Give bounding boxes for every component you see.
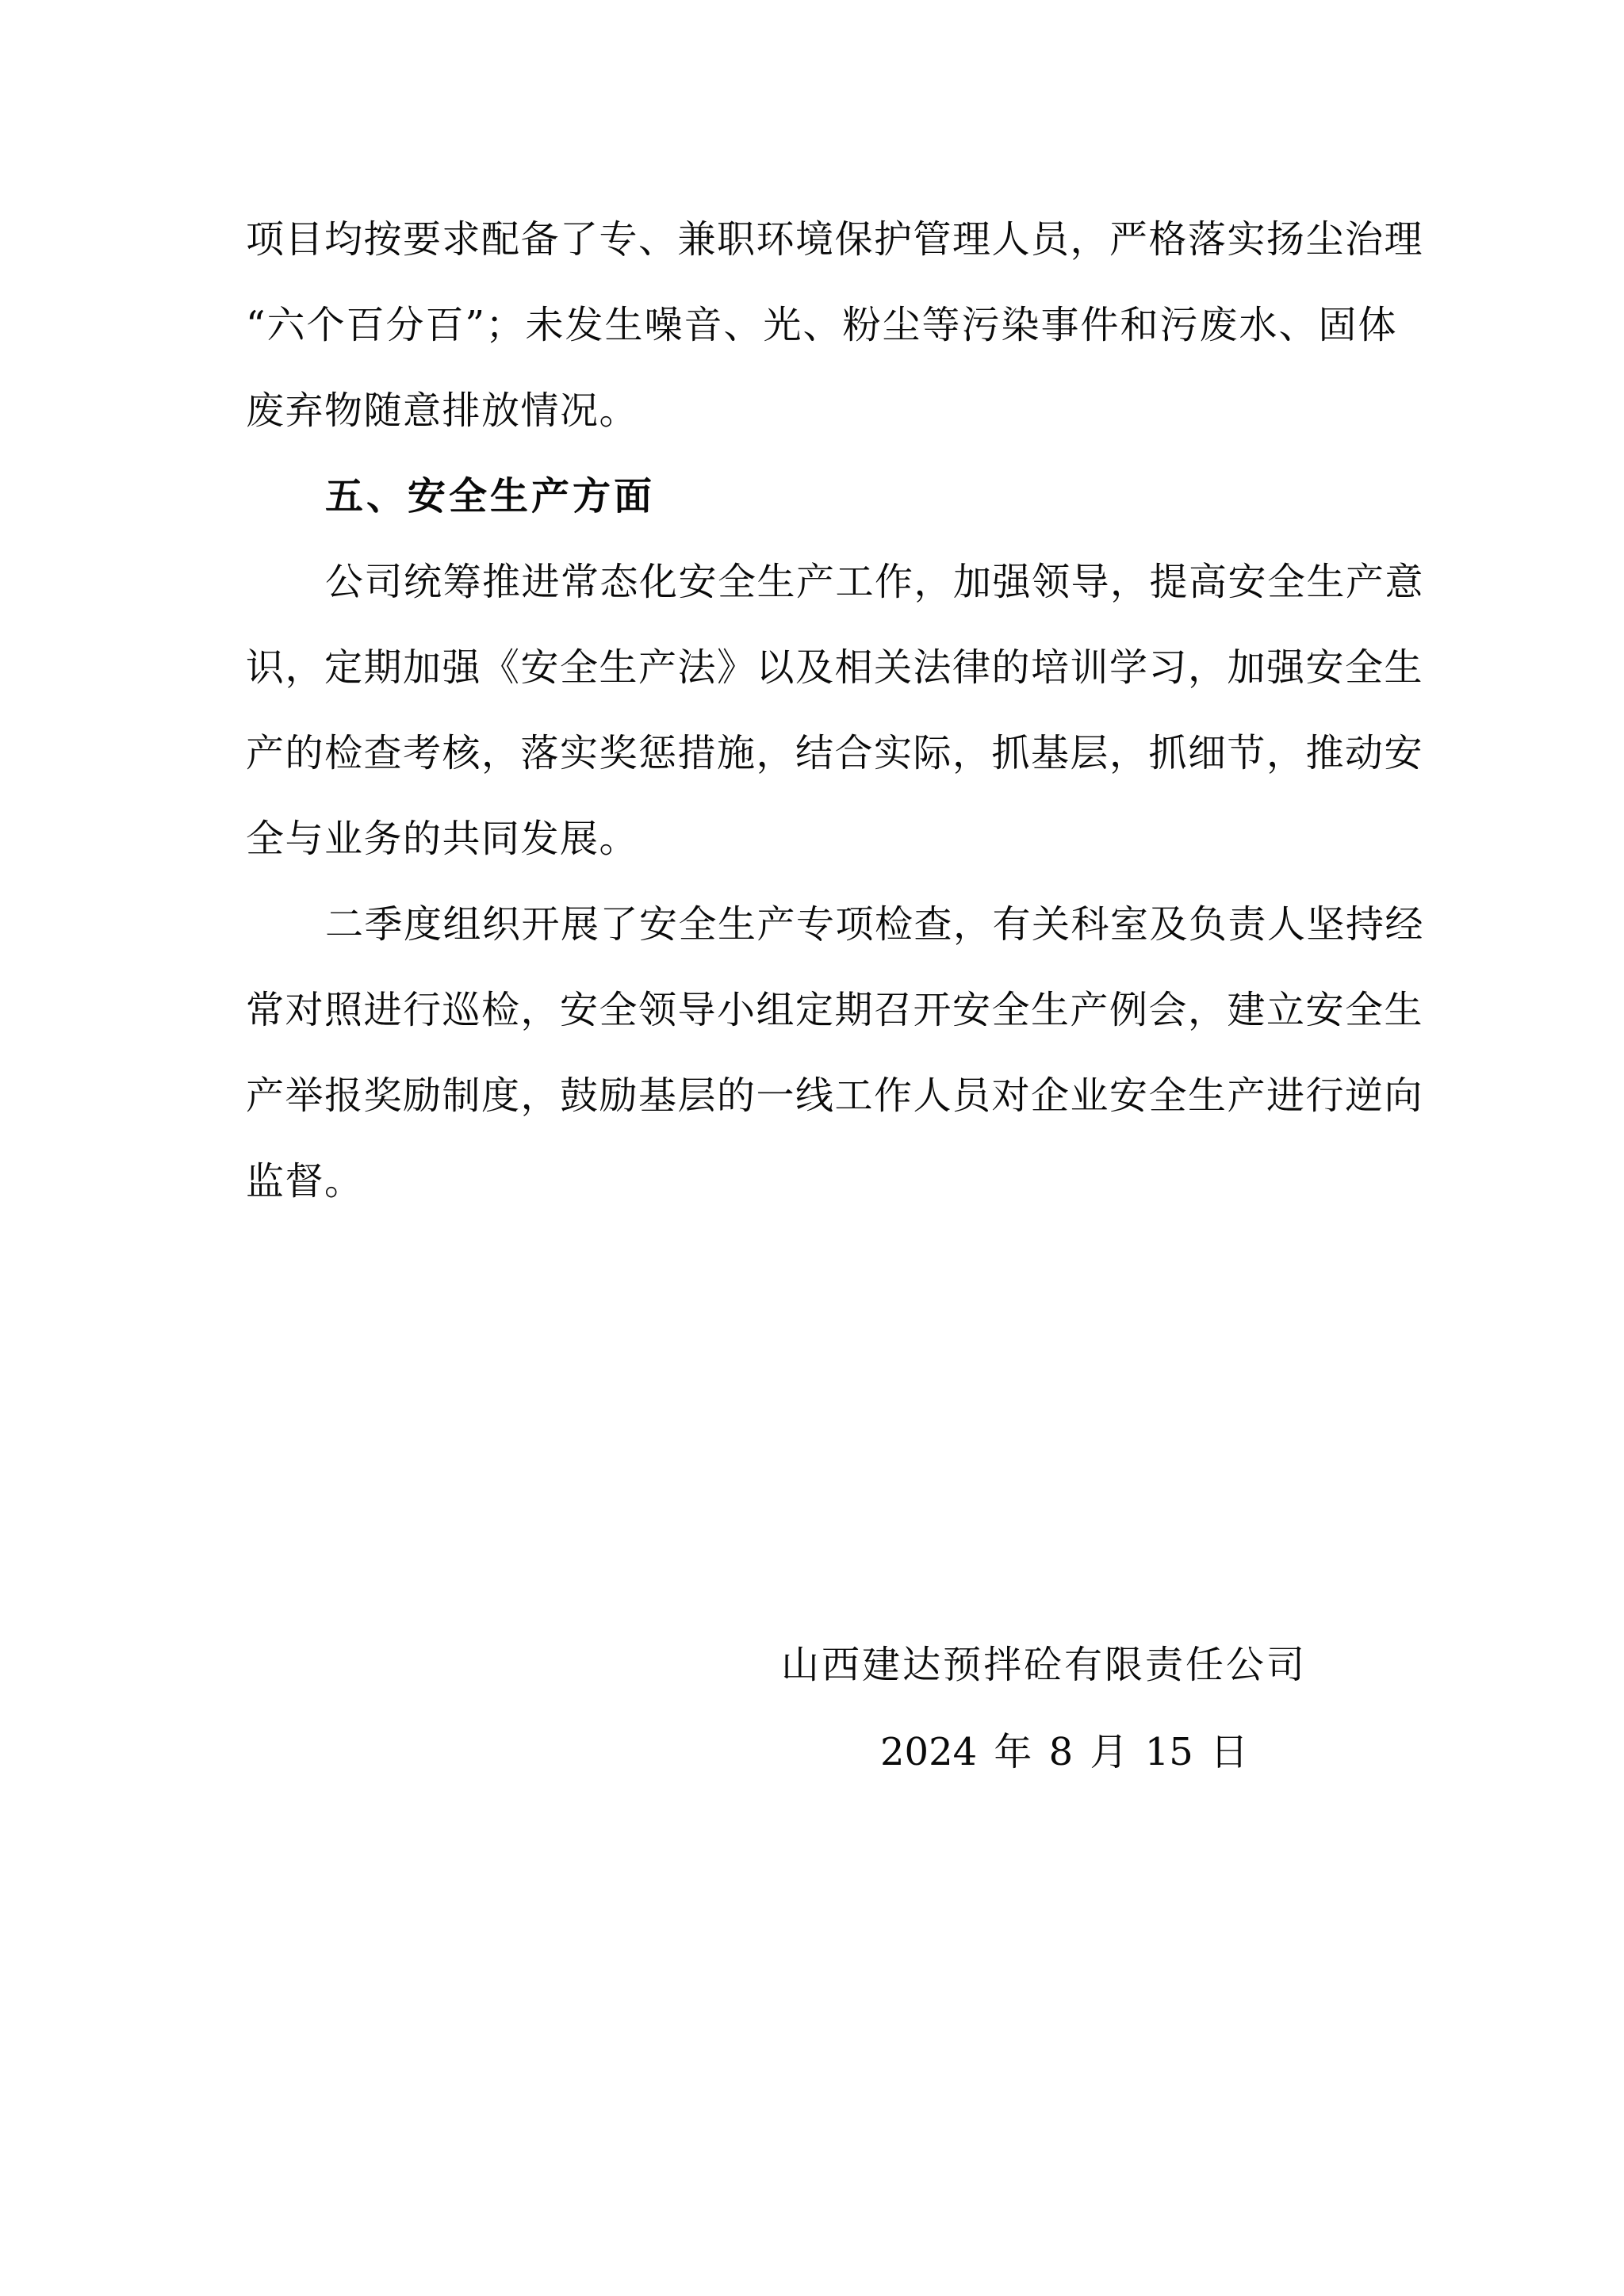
paragraph-line: 监督。 xyxy=(246,1156,1397,1242)
signature-company-name: 山西建达预拌砼有限责任公司 xyxy=(781,1640,1307,1690)
paragraph-line: 产举报奖励制度，鼓励基层的一线工作人员对企业安全生产进行逆向 xyxy=(246,1070,1397,1156)
paragraph-line: 常对照进行巡检，安全领导小组定期召开安全生产例会，建立安全生 xyxy=(246,985,1397,1070)
paragraph-line: 项目均按要求配备了专、兼职环境保护管理人员，严格落实扬尘治理 xyxy=(246,214,1397,300)
paragraph-line: “六个百分百”；未发生噪音、光、粉尘等污染事件和污废水、固体 xyxy=(246,300,1397,385)
document-body: 项目均按要求配备了专、兼职环境保护管理人员，严格落实扬尘治理 “六个百分百”；未… xyxy=(246,214,1397,1242)
paragraph-line: 公司统筹推进常态化安全生产工作，加强领导，提高安全生产意 xyxy=(246,557,1397,642)
paragraph-line: 二季度组织开展了安全生产专项检查，有关科室及负责人坚持经 xyxy=(246,899,1397,985)
paragraph-safety-overview: 公司统筹推进常态化安全生产工作，加强领导，提高安全生产意 识，定期加强《安全生产… xyxy=(246,557,1397,899)
paragraph-environmental-protection: 项目均按要求配备了专、兼职环境保护管理人员，严格落实扬尘治理 “六个百分百”；未… xyxy=(246,214,1397,471)
signature-date: 2024 年 8 月 15 日 xyxy=(880,1727,1248,1777)
paragraph-line: 废弃物随意排放情况。 xyxy=(246,385,1397,471)
paragraph-line: 产的检查考核，落实奖惩措施，结合实际，抓基层，抓细节，推动安 xyxy=(246,728,1397,813)
paragraph-line: 全与业务的共同发展。 xyxy=(246,813,1397,899)
paragraph-q2-inspection: 二季度组织开展了安全生产专项检查，有关科室及负责人坚持经 常对照进行巡检，安全领… xyxy=(246,899,1397,1242)
document-page: 项目均按要求配备了专、兼职环境保护管理人员，严格落实扬尘治理 “六个百分百”；未… xyxy=(0,0,1624,2296)
section-heading-safety-production: 五、安全生产方面 xyxy=(246,471,1397,557)
paragraph-line: 识，定期加强《安全生产法》以及相关法律的培训学习，加强安全生 xyxy=(246,642,1397,728)
